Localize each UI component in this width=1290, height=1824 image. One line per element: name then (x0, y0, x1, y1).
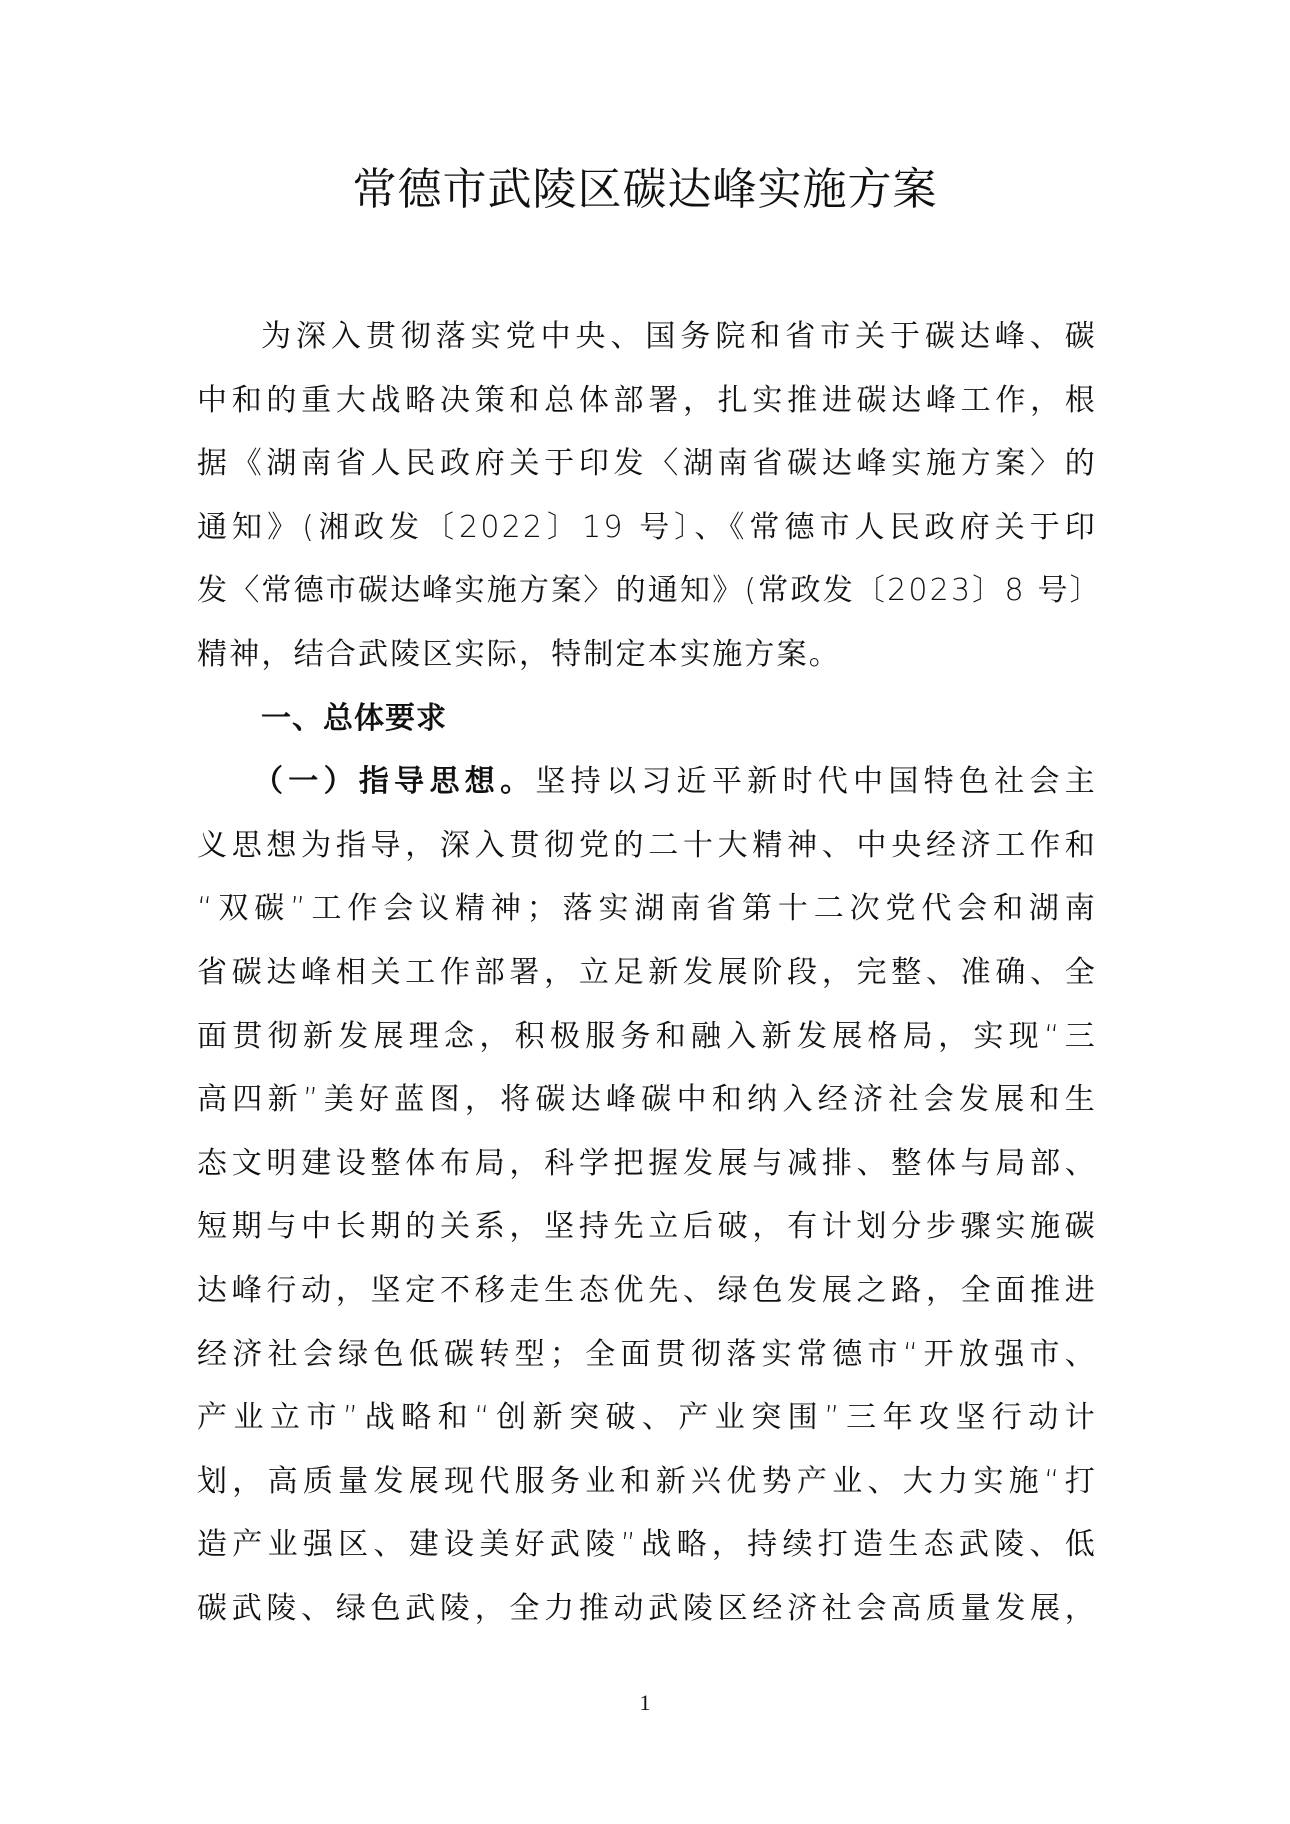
intro-paragraph-line: 通知》(湘政发〔2022〕19 号〕、《常德市人民政府关于印 (197, 496, 1097, 560)
subsection-line: 经济社会绿色低碳转型；全面贯彻落实常德市“开放强市、 (197, 1323, 1097, 1387)
section-heading: 一、总体要求 (197, 687, 1097, 751)
subsection-line: 面贯彻新发展理念，积极服务和融入新发展格局，实现“三 (197, 1005, 1097, 1069)
intro-paragraph-line: 精神，结合武陵区实际，特制定本实施方案。 (197, 623, 1097, 687)
intro-paragraph-line: 中和的重大战略决策和总体部署，扎实推进碳达峰工作，根 (197, 369, 1097, 433)
document-body: 为深入贯彻落实党中央、国务院和省市关于碳达峰、碳 中和的重大战略决策和总体部署，… (197, 305, 1097, 1640)
subsection-first-line: （一）指导思想。坚持以习近平新时代中国特色社会主 (197, 750, 1097, 814)
subsection-line: 造产业强区、建设美好武陵”战略，持续打造生态武陵、低 (197, 1513, 1097, 1577)
subsection-line: 义思想为指导，深入贯彻党的二十大精神、中央经济工作和 (197, 814, 1097, 878)
subsection-line: 产业立市”战略和“创新突破、产业突围”三年攻坚行动计 (197, 1386, 1097, 1450)
subsection-line: “双碳”工作会议精神；落实湖南省第十二次党代会和湖南 (197, 877, 1097, 941)
subsection-label: （一）指导思想。 (253, 764, 535, 799)
intro-paragraph-line: 为深入贯彻落实党中央、国务院和省市关于碳达峰、碳 (197, 305, 1097, 369)
document-title: 常德市武陵区碳达峰实施方案 (0, 160, 1290, 220)
subsection-line: 划，高质量发展现代服务业和新兴优势产业、大力实施“打 (197, 1450, 1097, 1514)
subsection-line: 省碳达峰相关工作部署，立足新发展阶段，完整、准确、全 (197, 941, 1097, 1005)
subsection-line: 高四新”美好蓝图，将碳达峰碳中和纳入经济社会发展和生 (197, 1068, 1097, 1132)
subsection-line: 达峰行动，坚定不移走生态优先、绿色发展之路，全面推进 (197, 1259, 1097, 1323)
page-number: 1 (0, 1688, 1290, 1718)
subsection-text: 坚持以习近平新时代中国特色社会主 (535, 764, 1097, 799)
intro-paragraph-line: 据《湖南省人民政府关于印发〈湖南省碳达峰实施方案〉的 (197, 432, 1097, 496)
subsection-line: 短期与中长期的关系，坚持先立后破，有计划分步骤实施碳 (197, 1195, 1097, 1259)
subsection-line: 碳武陵、绿色武陵，全力推动武陵区经济社会高质量发展， (197, 1577, 1097, 1641)
intro-paragraph-line: 发〈常德市碳达峰实施方案〉的通知》(常政发〔2023〕8 号〕 (197, 559, 1097, 623)
subsection-line: 态文明建设整体布局，科学把握发展与减排、整体与局部、 (197, 1132, 1097, 1196)
document-page: 常德市武陵区碳达峰实施方案 为深入贯彻落实党中央、国务院和省市关于碳达峰、碳 中… (0, 0, 1290, 1824)
